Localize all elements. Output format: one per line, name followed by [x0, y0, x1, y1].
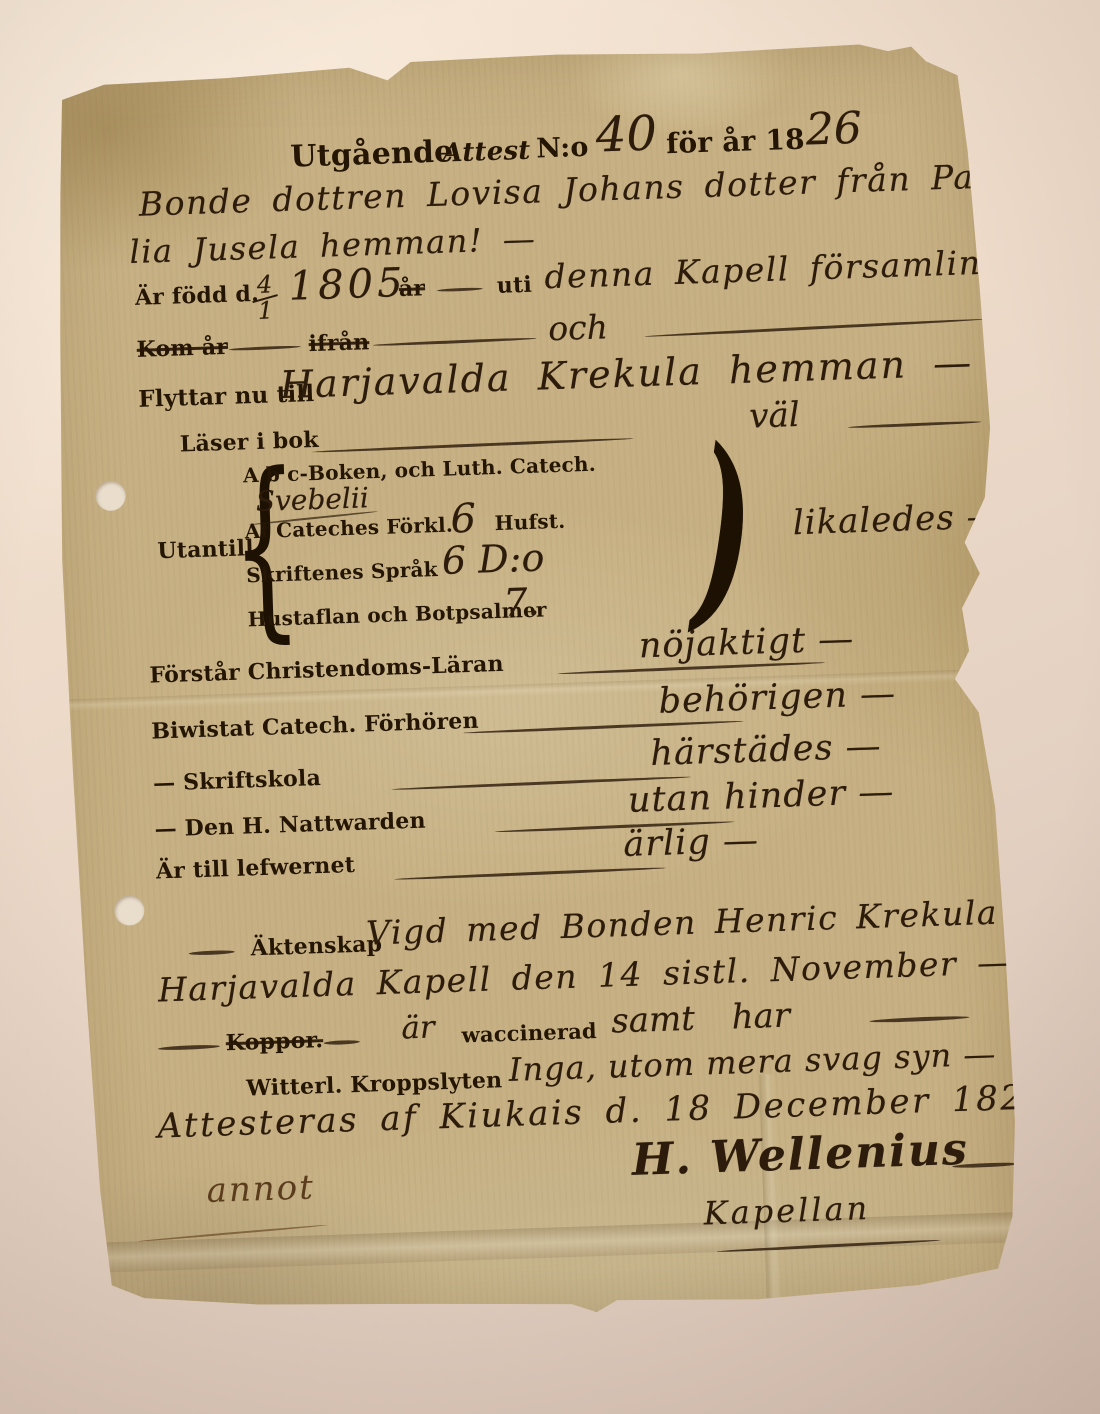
utantill-row3-written: 6 D:o: [441, 535, 545, 582]
utantill-result: likaledes —: [792, 496, 1002, 543]
document-paper: Utgående Attest N:o 40 för år 18 26 Bond…: [37, 37, 1023, 1330]
checklist-label: Biwistat Catech. Förhören: [151, 708, 479, 745]
reads-value: väl: [749, 395, 801, 437]
pen-stroke: [138, 1224, 327, 1242]
marriage-label: Äktenskap: [250, 931, 382, 961]
smallpox-written-rest: samt har: [611, 996, 791, 1042]
checklist-value: ärlig —: [623, 821, 760, 865]
pen-stroke: [645, 318, 985, 338]
checklist-value: nöjaktigt —: [638, 619, 855, 666]
born-printed-uti: uti: [496, 272, 532, 299]
came-struck-ifran: ifrån: [308, 329, 370, 357]
punch-hole-bottom: [114, 895, 145, 926]
utantill-row2-written: 6: [450, 496, 477, 543]
smallpox-written-ar: är: [401, 1009, 435, 1046]
born-month: 1: [258, 300, 274, 322]
pen-stroke: [848, 420, 982, 429]
header-printed-no: N:o: [536, 132, 589, 165]
signature: H. Wellenius: [631, 1124, 969, 1186]
born-label: Är född d.: [135, 281, 260, 311]
checklist-value: härstädes —: [650, 726, 882, 774]
signature-block: annot H. Wellenius Kapellan: [73, 1122, 1023, 1329]
pen-stroke: [189, 950, 235, 956]
born-date-fraction: 41: [251, 256, 279, 322]
utantill-row2-suffix: Hufst.: [494, 509, 565, 535]
attest-number: 40: [595, 106, 658, 164]
came-written-och: och: [548, 307, 609, 348]
smallpox-printed-waccinerad: waccinerad: [461, 1018, 597, 1047]
checklist-label: Är till lefwernet: [156, 852, 356, 885]
attest-year-digits: 26: [805, 103, 863, 156]
checklist-label: Förstår Christendoms-Läran: [149, 651, 504, 689]
checklist-value: behörigen —: [658, 674, 897, 722]
closing-brace: ): [692, 421, 755, 638]
born-day: 4: [257, 274, 273, 296]
utantill-row3-printed: Skriftenes Språk: [246, 557, 438, 587]
checklist-label: — Skriftskola: [153, 765, 322, 797]
pen-stroke: [373, 337, 537, 347]
born-struck-ar: år: [398, 275, 425, 302]
signature-title: Kapellan: [703, 1189, 871, 1233]
pen-stroke: [869, 1015, 969, 1023]
pen-stroke: [324, 1040, 360, 1046]
header-printed-for-ar: för år 18: [666, 123, 806, 161]
smallpox-struck-koppor: Koppor.: [225, 1027, 323, 1056]
header-printed-attest: Attest: [442, 136, 531, 169]
ruled-blank-line: [394, 866, 666, 880]
annotation-note: annot: [206, 1167, 315, 1211]
pen-stroke: [229, 345, 301, 351]
checklist-value: utan hinder —: [627, 772, 895, 821]
came-struck-kom: Kom år: [136, 334, 228, 363]
pen-stroke: [437, 287, 483, 292]
utantill-row4-written: 7.: [503, 580, 541, 625]
born-year: 1805: [288, 260, 407, 310]
pen-stroke: [717, 1239, 941, 1253]
header-printed-utgaende: Utgående: [290, 134, 454, 174]
pen-stroke: [158, 1044, 220, 1051]
